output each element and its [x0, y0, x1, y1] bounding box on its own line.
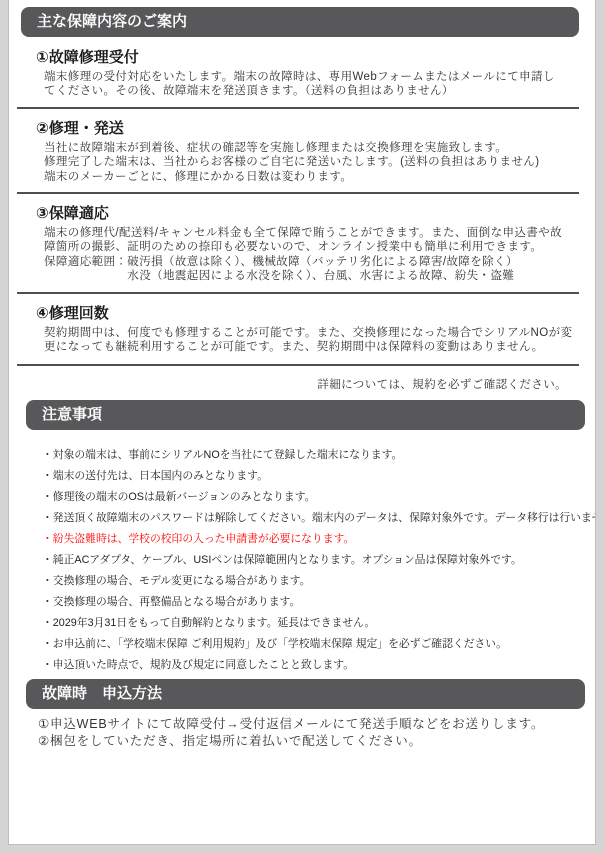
section-divider — [17, 292, 579, 294]
coverage-title-banner: 主な保障内容のご案内 — [21, 7, 579, 37]
section-body-line: 修理完了した端末は、当社からお客様のご自宅に発送いたします。(送料の負担はありま… — [44, 155, 573, 169]
section-divider — [17, 107, 579, 109]
section-coverage-scope: ③保障適応 端末の修理代/配送料/キャンセル料金も全て保障で賄うことができます。… — [36, 205, 573, 284]
section-body-line: 端末の修理代/配送料/キャンセル料金も全て保障で賄うことができます。また、面倒な… — [44, 226, 573, 240]
notes-title-banner: 注意事項 — [26, 400, 585, 430]
note-item: ・申込頂いた時点で、規約及び規定に同意したことと致します。 — [42, 658, 587, 673]
section-body-line: 更になっても継続利用することが可能です。また、契約期間中は保障料の変動はありませ… — [44, 340, 573, 354]
apply-step: ①申込WEBサイトにて故障受付→受付返信メールにて発送手順などをお送りします。 — [38, 716, 585, 733]
document-page: 主な保障内容のご案内 ①故障修理受付 端末修理の受付対応をいたします。端末の故障… — [8, 0, 596, 845]
notes-list: ・対象の端末は、事前にシリアルNOを当社にて登録した端末になります。 ・端末の送… — [42, 448, 587, 673]
section-heading: ③保障適応 — [36, 205, 573, 223]
note-item: ・お申込前に、「学校端末保障 ご利用規約」及び「学校端末保障 規定」を必ずご確認… — [42, 637, 587, 652]
section-body-line: 障箇所の撮影、証明のための捺印も必要ないので、オンライン授業中も簡単に利用できま… — [44, 240, 573, 254]
section-body-line: 当社に故障端末が到着後、症状の確認等を実施し修理または交換修理を実施致します。 — [44, 141, 573, 155]
terms-reminder-note: 詳細については、規約を必ずご確認ください。 — [9, 376, 567, 392]
section-repair-reception: ①故障修理受付 端末修理の受付対応をいたします。端末の故障時は、専用Webフォー… — [36, 49, 573, 99]
section-body: 契約期間中は、何度でも修理することが可能です。また、交換修理になった場合でシリア… — [44, 326, 573, 355]
section-body-line: 契約期間中は、何度でも修理することが可能です。また、交換修理になった場合でシリア… — [44, 326, 573, 340]
section-heading: ①故障修理受付 — [36, 49, 573, 67]
section-body: 端末修理の受付対応をいたします。端末の故障時は、専用Webフォームまたはメールに… — [44, 70, 573, 99]
section-body-line: 水没（地震起因による水没を除く）、台風、水害による故障、紛失・盗難 — [44, 269, 573, 283]
section-repair-count: ④修理回数 契約期間中は、何度でも修理することが可能です。また、交換修理になった… — [36, 305, 573, 355]
note-item: ・交換修理の場合、再整備品となる場合があります。 — [42, 595, 587, 610]
section-body-line: てください。その後、故障端末を発送頂きます。（送料の負担はありません） — [44, 84, 573, 98]
note-item: ・2029年3月31日をもって自動解約となります。延長はできません。 — [42, 616, 587, 631]
section-repair-shipping: ②修理・発送 当社に故障端末が到着後、症状の確認等を実施し修理または交換修理を実… — [36, 120, 573, 184]
section-body: 端末の修理代/配送料/キャンセル料金も全て保障で賄うことができます。また、面倒な… — [44, 226, 573, 284]
note-item-alert: ・紛失盗難時は、学校の校印の入った申請書が必要になります。 — [42, 532, 587, 547]
note-item: ・端末の送付先は、日本国内のみとなります。 — [42, 469, 587, 484]
document-viewport: 主な保障内容のご案内 ①故障修理受付 端末修理の受付対応をいたします。端末の故障… — [0, 0, 605, 853]
section-body-line: 保障適応範囲：破汚損（故意は除く）、機械故障（バッテリ劣化による障害/故障を除く… — [44, 255, 573, 269]
section-body-line: 端末修理の受付対応をいたします。端末の故障時は、専用Webフォームまたはメールに… — [44, 70, 573, 84]
apply-steps: ①申込WEBサイトにて故障受付→受付返信メールにて発送手順などをお送りします。 … — [38, 716, 585, 749]
notes-title: 注意事項 — [42, 406, 102, 423]
apply-step: ②梱包をしていただき、指定場所に着払いで配送してください。 — [38, 733, 585, 750]
apply-title-banner: 故障時 申込方法 — [26, 679, 585, 709]
note-item: ・修理後の端末のOSは最新バージョンのみとなります。 — [42, 490, 587, 505]
section-heading: ④修理回数 — [36, 305, 573, 323]
apply-title: 故障時 申込方法 — [42, 685, 162, 702]
section-divider — [17, 364, 579, 366]
section-body-line: 端末のメーカーごとに、修理にかかる日数は変わります。 — [44, 170, 573, 184]
note-item: ・発送頂く故障端末のパスワードは解除してください。端末内のデータは、保障対象外で… — [42, 511, 587, 526]
note-item: ・対象の端末は、事前にシリアルNOを当社にて登録した端末になります。 — [42, 448, 587, 463]
section-body: 当社に故障端末が到着後、症状の確認等を実施し修理または交換修理を実施致します。 … — [44, 141, 573, 184]
note-item: ・純正ACアダプタ、ケーブル、USIペンは保障範囲内となります。オプション品は保… — [42, 553, 587, 568]
note-item: ・交換修理の場合、モデル変更になる場合があります。 — [42, 574, 587, 589]
coverage-title: 主な保障内容のご案内 — [37, 13, 187, 30]
section-divider — [17, 192, 579, 194]
section-heading: ②修理・発送 — [36, 120, 573, 138]
